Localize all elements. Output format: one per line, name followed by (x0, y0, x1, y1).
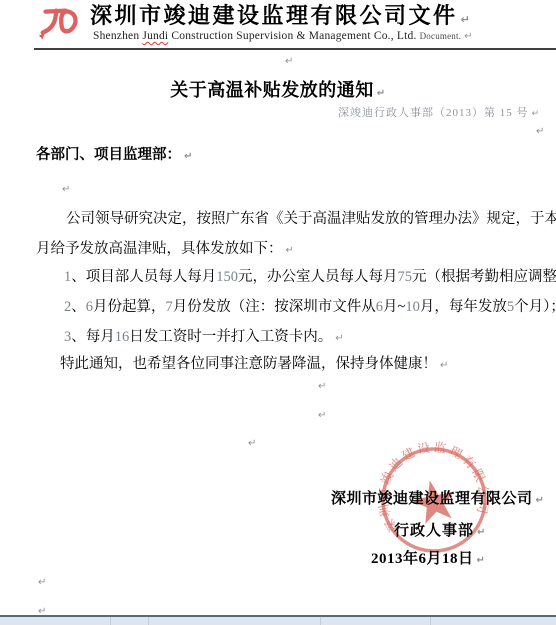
salutation-line: 各部门、项目监理部：↵ (36, 147, 192, 165)
notice-title: 关于高温补贴发放的通知 (170, 80, 374, 100)
signature-department-text: 行政人事部 (394, 523, 474, 539)
paragraph-mark: ↵ (440, 360, 448, 371)
paragraph-mark: ↵ (62, 184, 70, 195)
paragraph-mark: ↵ (248, 438, 256, 449)
body-intro-line1: 公司领导研究决定，按照广东省《关于高温津贴发放的管理办法》规定，于本年6月至10 (66, 211, 556, 228)
scrollbar-notch (148, 617, 149, 625)
intro-line1-runs: 公司领导研究决定，按照广东省《关于高温津贴发放的管理办法》规定，于本年6月至10 (66, 211, 556, 227)
document-word-label: Document. (420, 31, 462, 41)
item2-runs: 2、6月份起算，7月份发放（注：按深圳市文件从6月~10月，每年发放5个月）； (64, 299, 556, 315)
paragraph-mark: ↵ (286, 245, 294, 256)
signature-date-text: 2013年6月18日 (371, 551, 474, 567)
paragraph-mark: ↵ (285, 56, 293, 67)
notice-title-line: 关于高温补贴发放的通知↵ (0, 76, 556, 102)
document-page: 深圳市竣迪建设监理有限公司文件↵ Shenzhen Jundi Construc… (0, 0, 556, 625)
signature-company: 深圳市竣迪建设监理有限公司↵ (331, 487, 544, 508)
company-title-en: Shenzhen Jundi Construction Supervision … (93, 30, 473, 42)
paragraph-mark: ↵ (318, 381, 326, 392)
scrollbar-notch (110, 617, 111, 625)
header-divider (34, 48, 556, 50)
jd-logo-icon (34, 4, 80, 46)
paragraph-mark: ↵ (464, 31, 473, 42)
body-item-2: 2、6月份起算，7月份发放（注：按深圳市文件从6月~10月，每年发放5个月）；↵ (64, 299, 556, 317)
scrollbar-notch (430, 617, 431, 625)
salutation-text: 各部门、项目监理部： (36, 147, 181, 163)
closing-runs: 特此通知，也希望各位同事注意防暑降温，保持身体健康！ (60, 356, 437, 372)
company-en-prefix: Shenzhen (93, 30, 139, 42)
paragraph-mark: ↵ (184, 151, 192, 162)
paragraph-mark: ↵ (377, 88, 386, 99)
company-en-jundi: Jundi (142, 30, 168, 42)
item1-runs: 1、项目部人员每人每月150元，办公室人员每人每月75元（根据考勤相应调整）； (64, 269, 556, 285)
scrollbar-notch (320, 617, 321, 625)
company-en-rest: Construction Supervision & Management Co… (171, 30, 416, 42)
paragraph-mark: ↵ (477, 527, 486, 538)
body-closing-line: 特此通知，也希望各位同事注意防暑降温，保持身体健康！↵ (60, 356, 448, 374)
paragraph-mark: ↵ (531, 109, 540, 119)
paragraph-mark: ↵ (318, 410, 326, 421)
signature-company-text: 深圳市竣迪建设监理有限公司 (331, 491, 533, 507)
body-intro-line2: 月给予发放高温津贴，具体发放如下：↵ (36, 241, 294, 259)
document-number: 深竣迪行政人事部（2013）第 15 号↵ (338, 104, 540, 120)
horizontal-scrollbar[interactable] (0, 615, 556, 625)
company-title-cn-text: 深圳市竣迪建设监理有限公司文件 (90, 3, 458, 28)
paragraph-mark: ↵ (38, 577, 46, 588)
item3-runs: 3、每月16日发工资时一并打入工资卡内。 (64, 329, 332, 345)
body-item-3: 3、每月16日发工资时一并打入工资卡内。↵ (64, 329, 344, 347)
paragraph-mark: ↵ (477, 555, 486, 566)
paragraph-mark: ↵ (536, 126, 544, 137)
body-item-1: 1、项目部人员每人每月150元，办公室人员每人每月75元（根据考勤相应调整）；↵ (64, 269, 556, 287)
paragraph-mark: ↵ (536, 495, 545, 506)
intro-line2-runs: 月给予发放高温津贴，具体发放如下： (36, 241, 283, 257)
paragraph-mark: ↵ (461, 13, 473, 26)
signature-date: 2013年6月18日↵ (371, 547, 485, 568)
paragraph-mark: ↵ (335, 333, 343, 344)
signature-department: 行政人事部↵ (394, 519, 486, 540)
document-number-text: 深竣迪行政人事部（2013）第 15 号 (338, 107, 529, 119)
